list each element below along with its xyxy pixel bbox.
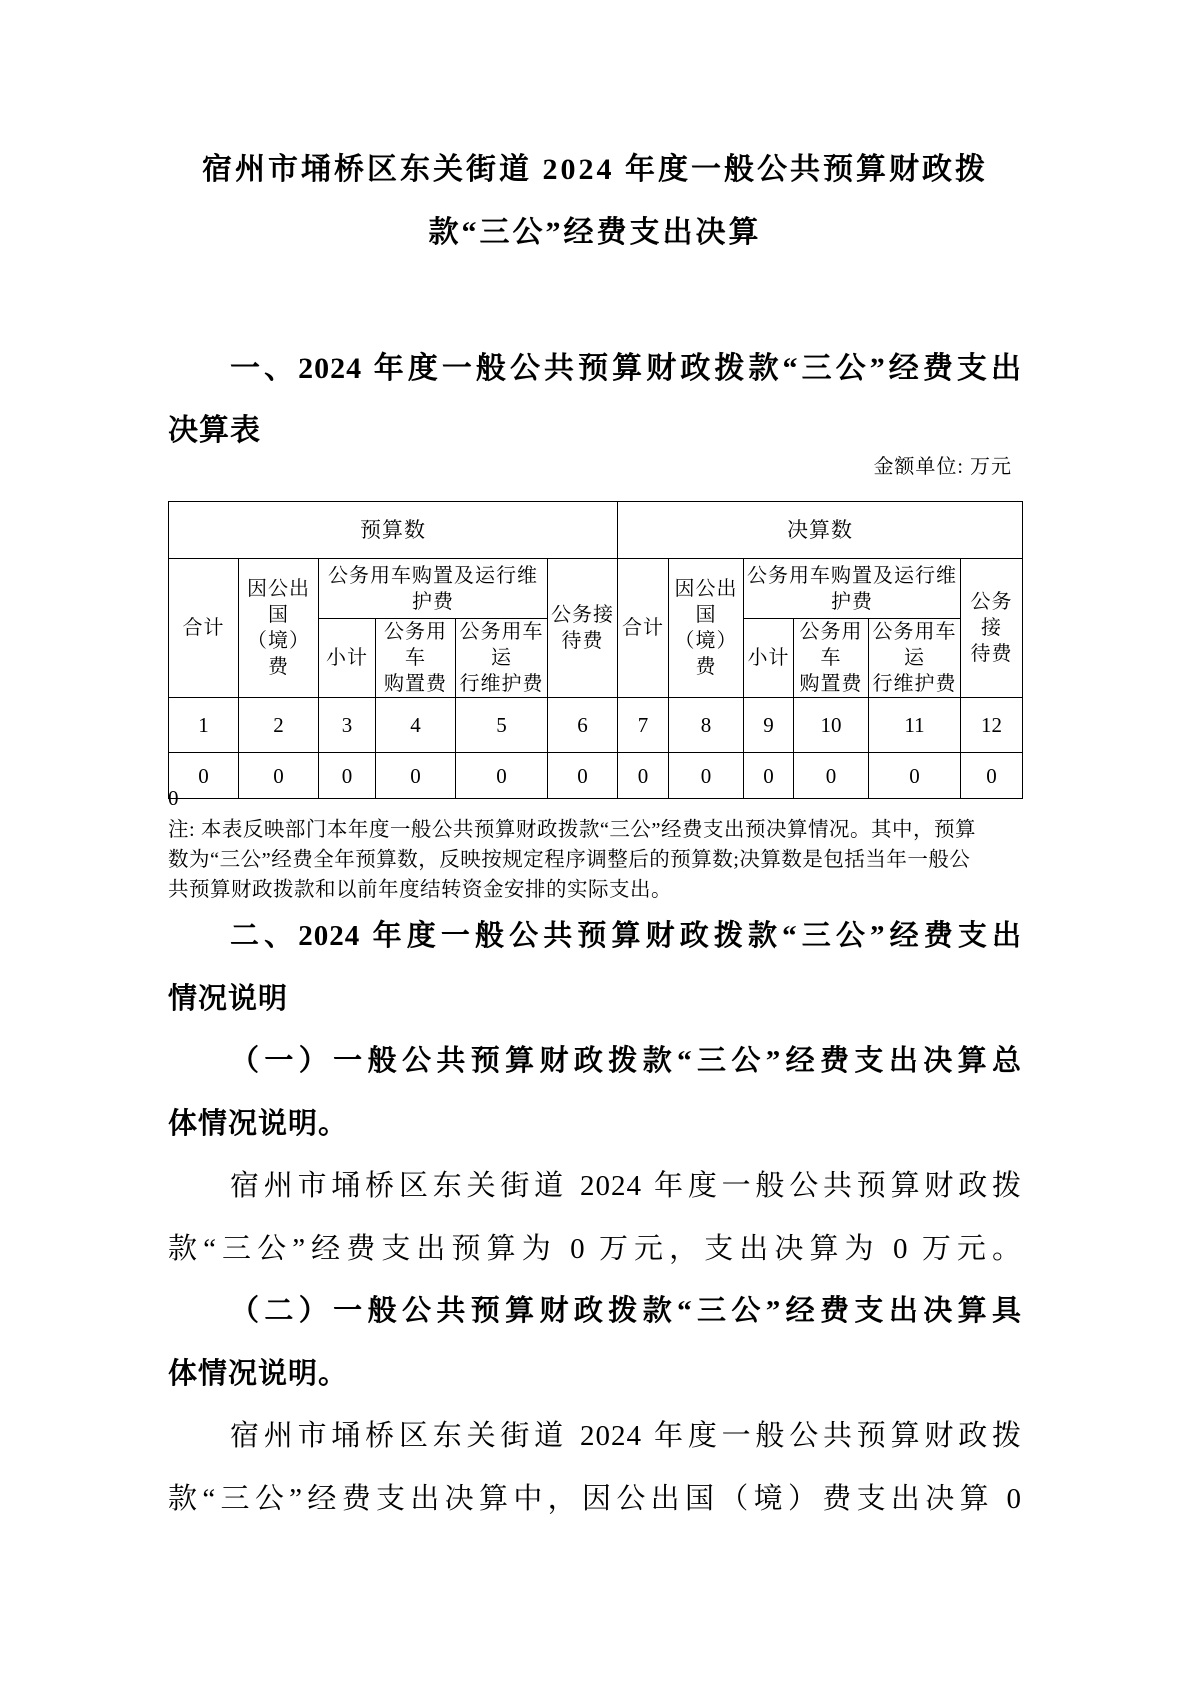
document-title: 宿州市埇桥区东关街道 2024 年度一般公共预算财政拨 款“三公”经费支出决算 [168,138,1022,264]
index-cell: 10 [794,698,869,753]
col-header-text: 购置费 [800,673,863,695]
table-note: 注: 本表反映部门本年度一般公共预算财政拨款“三公”经费支出预决算情况。其中，预… [168,815,1022,905]
group-header-budget: 预算数 [169,502,618,559]
col-header-final-reception: 公务接 待费 [961,559,1023,698]
section-2-para2-line2: 款“三公”经费支出决算中，因公出国（境）费支出决算 0 [168,1468,1022,1531]
index-cell: 6 [548,698,618,753]
col-header-text: 行维护费 [873,673,957,695]
index-cell: 12 [961,698,1023,753]
section-2-para1-line1: 宿州市埇桥区东关街道 2024 年度一般公共预算财政拨 [168,1155,1022,1218]
document-title-line2: 款“三公”经费支出决算 [168,201,1022,264]
index-cell: 5 [456,698,548,753]
col-header-text: 公务用车 [384,621,447,669]
col-header-text: 因公出国 [247,578,310,626]
section-1-heading: 一、2024 年度一般公共预算财政拨款“三公”经费支出 决算表 [168,338,1022,462]
stray-zero: 0 [168,784,1022,812]
col-header-text: 公务用车运 [460,621,544,669]
index-cell: 2 [239,698,319,753]
col-header-budget-operation: 公务用车运 行维护费 [456,619,548,698]
col-header-final-abroad: 因公出国 （境）费 [669,559,744,698]
section-2-sub2-heading-line2: 体情况说明。 [168,1343,1022,1406]
table-note-line2: 数为“三公”经费全年预算数，反映按规定程序调整后的预算数;决算数是包括当年一般公 [168,845,1022,875]
col-header-final-subtotal: 小计 [744,619,794,698]
table-note-line3: 共预算财政拨款和以前年度结转资金安排的实际支出。 [168,875,1022,905]
index-cell: 1 [169,698,239,753]
col-header-text: 待费 [971,643,1013,665]
section-2-sub2-heading-line1: （二）一般公共预算财政拨款“三公”经费支出决算具 [168,1280,1022,1343]
table-note-line1: 注: 本表反映部门本年度一般公共预算财政拨款“三公”经费支出预决算情况。其中，预… [168,815,1022,845]
san-gong-expense-table: 预算数 决算数 合计 因公出国 （境）费 公务用车购置及运行维护费 公务接 待费… [168,501,1023,799]
col-header-text: 行维护费 [460,673,544,695]
index-cell: 11 [869,698,961,753]
col-header-text: 购置费 [384,673,447,695]
col-header-final-total: 合计 [618,559,669,698]
col-header-text: 待费 [562,630,604,652]
index-cell: 3 [319,698,376,753]
col-header-budget-vehicle-group: 公务用车购置及运行维护费 [319,559,548,619]
col-header-budget-total: 合计 [169,559,239,698]
section-2-heading-line2: 情况说明 [168,968,1022,1031]
document-page: 宿州市埇桥区东关街道 2024 年度一般公共预算财政拨 款“三公”经费支出决算 … [0,0,1190,1683]
table-row: 预算数 决算数 [169,502,1023,559]
col-header-text: 因公出国 [675,578,738,626]
group-header-final: 决算数 [618,502,1023,559]
table-column-index-row: 1 2 3 4 5 6 7 8 9 10 11 12 [169,698,1023,753]
col-header-budget-subtotal: 小计 [319,619,376,698]
section-2-sub1-heading-line1: （一）一般公共预算财政拨款“三公”经费支出决算总 [168,1030,1022,1093]
section-2-para2-line1: 宿州市埇桥区东关街道 2024 年度一般公共预算财政拨 [168,1405,1022,1468]
document-title-line1: 宿州市埇桥区东关街道 2024 年度一般公共预算财政拨 [168,138,1022,201]
col-header-text: （境）费 [675,630,738,678]
col-header-budget-purchase: 公务用车 购置费 [376,619,456,698]
col-header-final-vehicle-group: 公务用车购置及运行维护费 [744,559,961,619]
col-header-final-operation: 公务用车运 行维护费 [869,619,961,698]
col-header-text: 公务接 [551,604,614,626]
col-header-text: 公务用车运 [873,621,957,669]
col-header-text: （境）费 [247,630,310,678]
col-header-budget-abroad: 因公出国 （境）费 [239,559,319,698]
col-header-final-purchase: 公务用车 购置费 [794,619,869,698]
section-2-para1-line2: 款“三公”经费支出预算为 0 万元，支出决算为 0 万元。 [168,1218,1022,1281]
col-header-text: 公务接 [971,591,1013,639]
amount-unit-label: 金额单位: 万元 [168,452,1022,482]
section-2-sub1-heading-line2: 体情况说明。 [168,1093,1022,1156]
index-cell: 4 [376,698,456,753]
table-row: 合计 因公出国 （境）费 公务用车购置及运行维护费 公务接 待费 合计 因公出国… [169,559,1023,619]
index-cell: 9 [744,698,794,753]
col-header-budget-reception: 公务接 待费 [548,559,618,698]
col-header-text: 公务用车 [800,621,863,669]
index-cell: 7 [618,698,669,753]
section-1-heading-line1: 一、2024 年度一般公共预算财政拨款“三公”经费支出 [168,338,1022,400]
section-2-heading-line1: 二、2024 年度一般公共预算财政拨款“三公”经费支出 [168,905,1022,968]
section-2: 二、2024 年度一般公共预算财政拨款“三公”经费支出 情况说明 （一）一般公共… [168,905,1022,1530]
index-cell: 8 [669,698,744,753]
